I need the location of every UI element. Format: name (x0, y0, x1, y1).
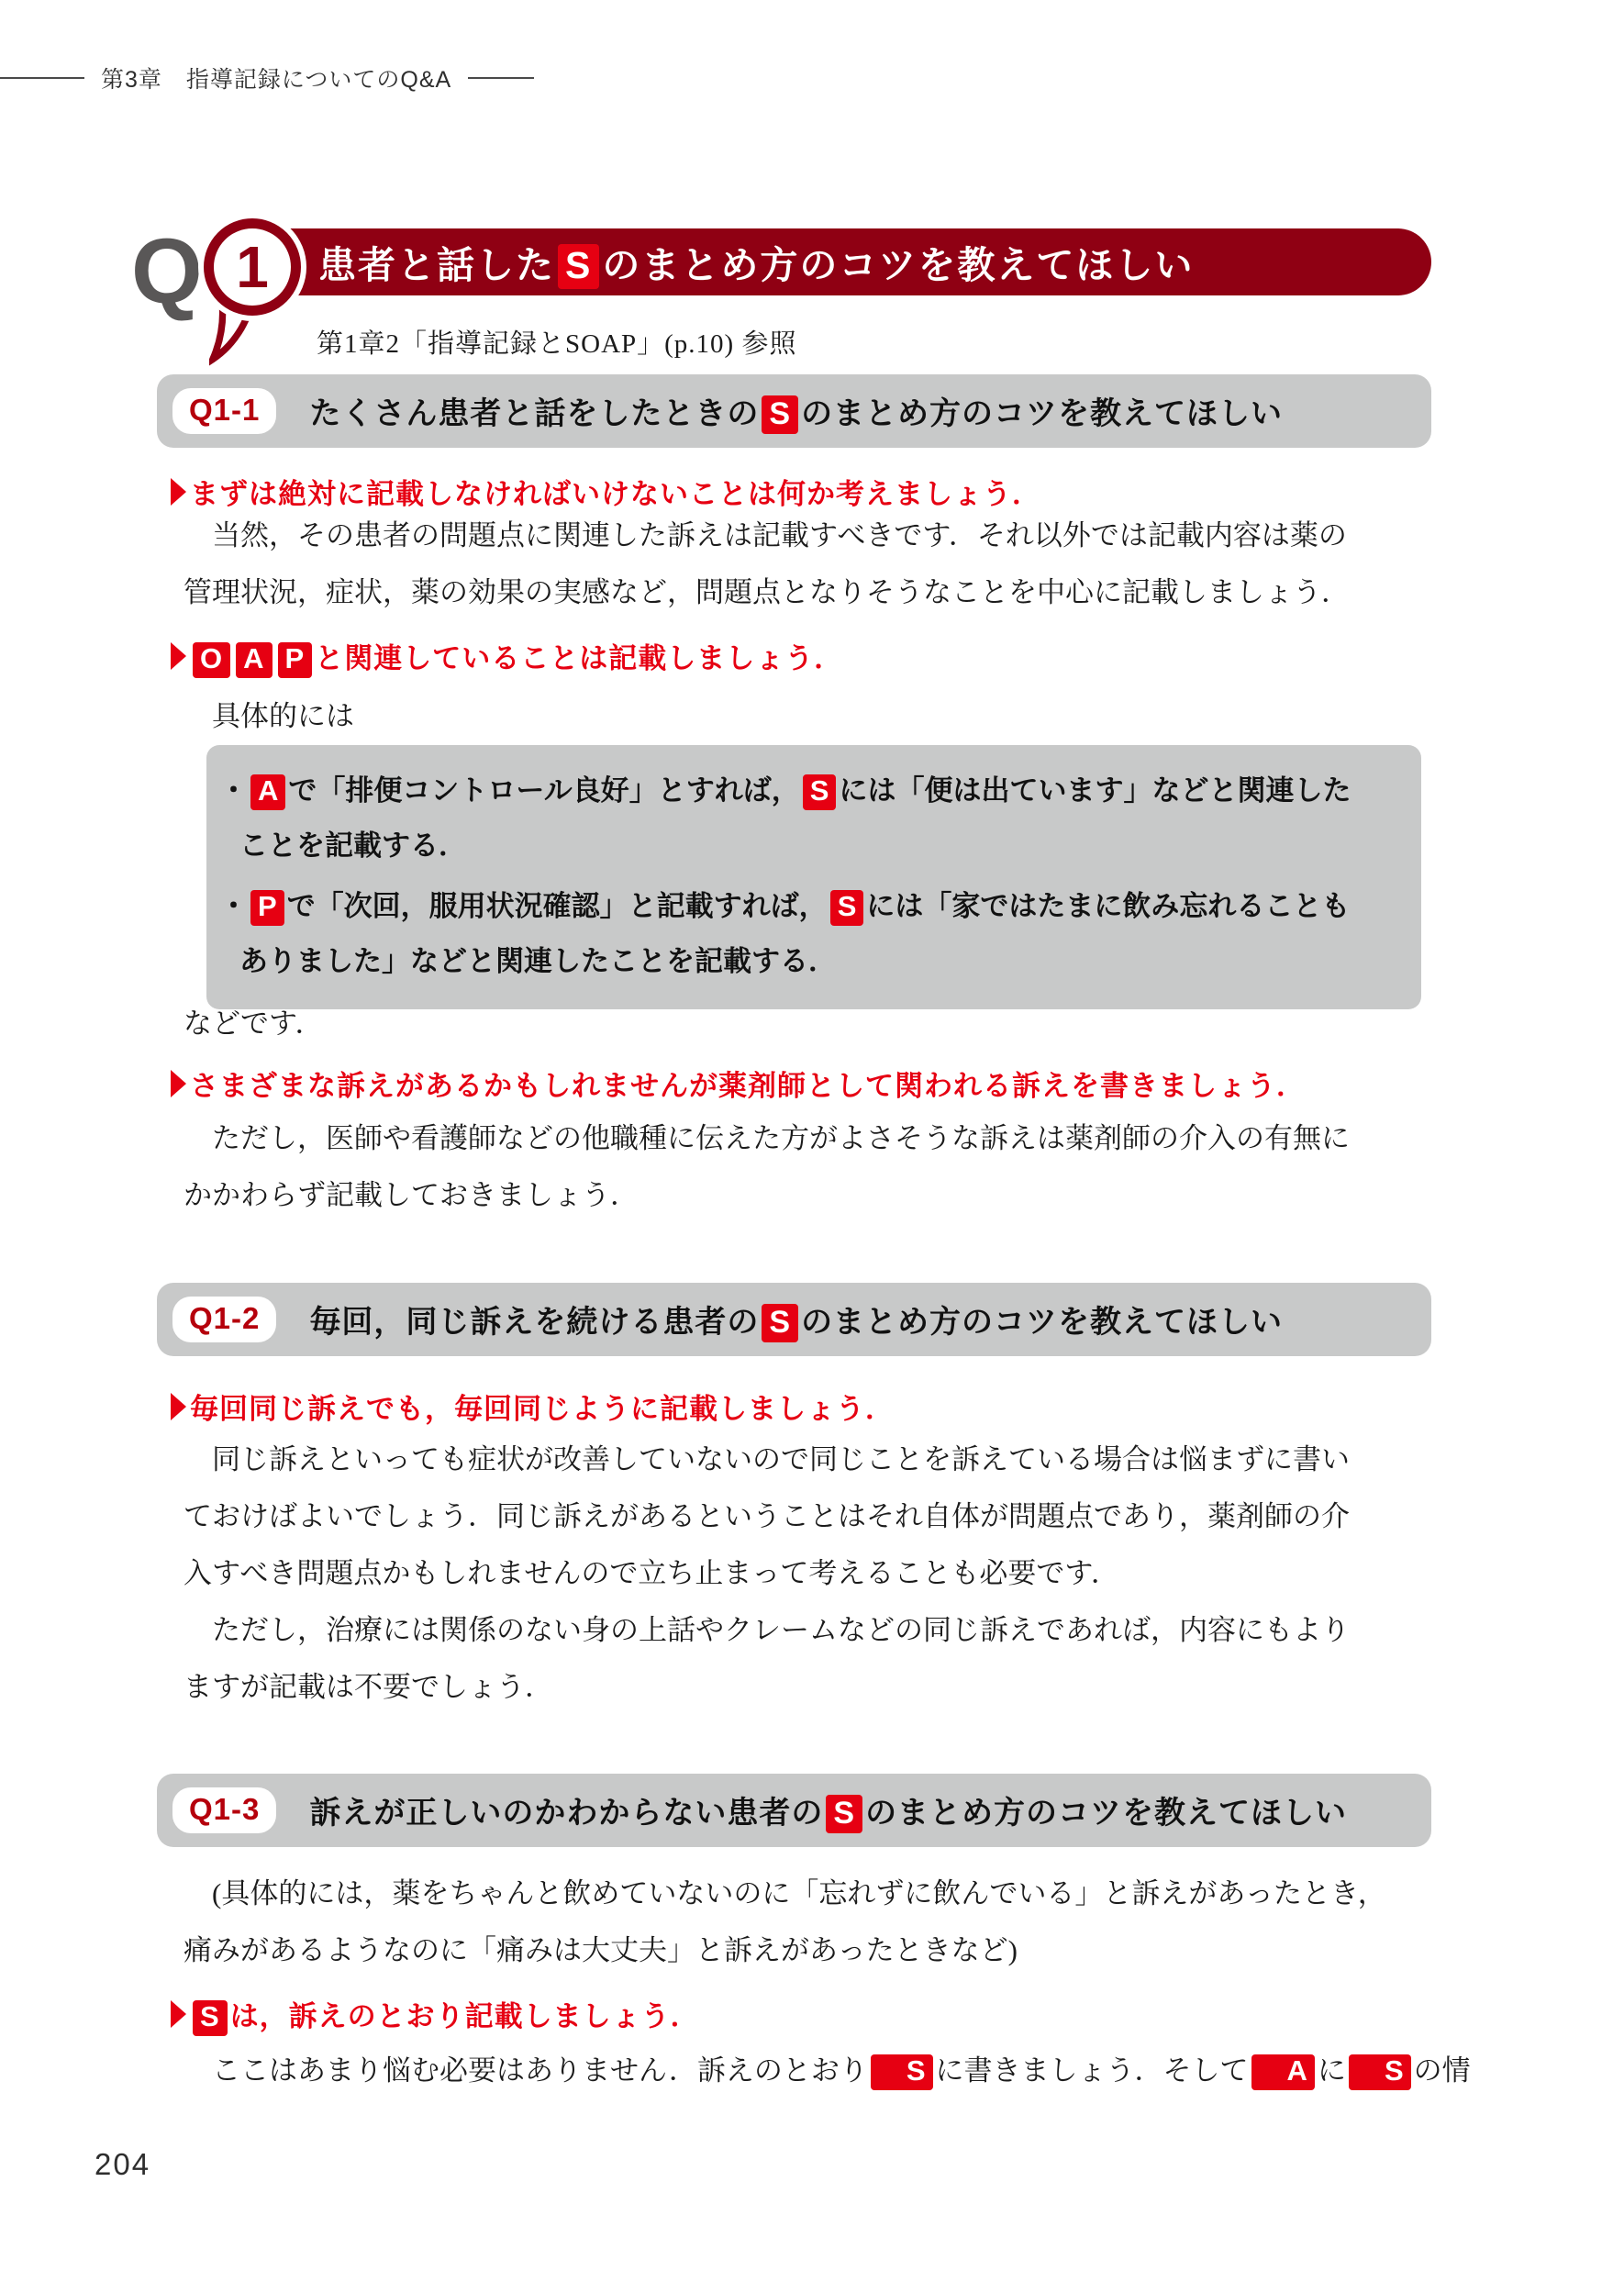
bullet-triangle-icon (171, 1070, 186, 1097)
soap-letter-box-S: S (803, 774, 837, 810)
text-segment: (具体的には，薬をちゃんと飲めていないのに「忘れずに飲んでいる」と訴えがあったと… (212, 1877, 1386, 1909)
text-segment: と関連していることは記載しましょう． (315, 642, 843, 674)
text-segment: 入すべき問題点かもしれませんので立ち止まって考えることも必要です． (184, 1557, 1119, 1589)
text-line: ここはあまり悩む必要はありません．訴えのとおりSに書きましょう．そしてAにSの情 (184, 2043, 1436, 2099)
text-segment: で「排便コントロール良好」とすれば， (288, 774, 799, 807)
text-line: (具体的には，薬をちゃんと飲めていないのに「忘れずに飲んでいる」と訴えがあったと… (184, 1865, 1436, 1922)
bullet-triangle-icon (171, 478, 186, 506)
q1-number-badge: 1 (204, 218, 301, 316)
text-segment: ・ (219, 890, 248, 922)
text-segment: たくさん患者と話をしたときの (309, 396, 759, 431)
soap-letter-box-P: P (278, 642, 313, 678)
example-box: ・Aで「排便コントロール良好」とすれば，Sには「便は出ています」などと関連したこ… (206, 745, 1421, 1009)
text-segment: ますが記載は不要でしょう． (184, 1671, 553, 1703)
paragraph: (具体的には，薬をちゃんと飲めていないのに「忘れずに飲んでいる」と訴えがあったと… (184, 1865, 1436, 1979)
text-line: ますが記載は不要でしょう． (184, 1659, 1436, 1716)
text-line: 具体的には (184, 688, 1436, 745)
q1-3-label: Q1-3 (172, 1787, 276, 1833)
text-segment: の情 (1414, 2054, 1471, 2087)
paragraph: 具体的には (184, 688, 1436, 745)
key-point-4: 毎回同じ訴えでも，毎回同じように記載しましょう． (171, 1386, 895, 1427)
q1-3-bar: Q1-3 訴えが正しいのかわからない患者のSのまとめ方のコツを教えてほしい (157, 1774, 1431, 1847)
text-line: ただし，医師や看護師などの他職種に伝えた方がよさそうな訴えは薬剤師の介入の有無に (184, 1110, 1436, 1167)
q1-1-label: Q1-1 (172, 388, 276, 434)
book-page: 第3章 指導記録についてのQ&A 患者と話したSのまとめ方のコツを教えてほしい … (0, 0, 1624, 2293)
text-segment: 具体的には (212, 700, 354, 732)
text-line: 痛みがあるようなのに「痛みは大丈夫」と訴えがあったときなど) (184, 1922, 1436, 1979)
q1-1-title: たくさん患者と話をしたときのSのまとめ方のコツを教えてほしい (309, 388, 1283, 434)
text-line: ておけばよいでしょう．同じ訴えがあるということはそれ自体が問題点であり，薬剤師の… (184, 1488, 1436, 1545)
text-segment: に (1318, 2054, 1346, 2087)
text-segment: には「家ではたまに飲み忘れることも (866, 890, 1350, 922)
text-segment: 当然，その患者の問題点に関連した訴えは記載すべきです．それ以外では記載内容は薬の (212, 519, 1347, 551)
q1-2-label: Q1-2 (172, 1297, 276, 1342)
paragraph: などです． (184, 996, 1436, 1052)
soap-letter-box-A: A (250, 774, 285, 810)
soap-letter-box-S: S (558, 244, 599, 290)
text-line: 当然，その患者の問題点に関連した訴えは記載すべきです．それ以外では記載内容は薬の (184, 507, 1436, 564)
q1-3-title: 訴えが正しいのかわからない患者のSのまとめ方のコツを教えてほしい (309, 1787, 1347, 1833)
soap-letter-box-S: S (762, 1304, 798, 1342)
text-segment: のまとめ方のコツを教えてほしい (865, 1796, 1347, 1831)
reference-note: 第1章2「指導記録とSOAP」(p.10) 参照 (317, 323, 796, 361)
bullet-triangle-icon (171, 642, 186, 670)
key-point-text: Sは，訴えのとおり記載しましょう． (190, 1993, 700, 2036)
chapter-title: 第3章 指導記録についてのQ&A (101, 61, 451, 95)
soap-letter-box-P: P (250, 890, 284, 926)
soap-letter-box-S: S (830, 890, 864, 926)
key-point-3: さまざまな訴えがあるかもしれませんが薬剤師として関われる訴えを書きましょう． (171, 1063, 1306, 1104)
paragraph: ただし，医師や看護師などの他職種に伝えた方がよさそうな訴えは薬剤師の介入の有無に… (184, 1110, 1436, 1224)
paragraph: 当然，その患者の問題点に関連した訴えは記載すべきです．それ以外では記載内容は薬の… (184, 507, 1436, 621)
soap-letter-box-S: S (193, 2000, 228, 2036)
text-segment: 痛みがあるようなのに「痛みは大丈夫」と訴えがあったときなど) (184, 1934, 1018, 1966)
text-segment: などです． (184, 1007, 324, 1040)
soap-letter-box-S: S (826, 1795, 862, 1833)
text-segment: 毎回，同じ訴えを続ける患者の (309, 1305, 759, 1340)
bullet-triangle-icon (171, 1393, 186, 1420)
text-segment: ここはあまり悩む必要はありません．訴えのとおり (212, 2054, 868, 2087)
soap-letter-box-S: S (762, 395, 798, 434)
header-rule-right (468, 77, 534, 79)
header-rule-left (0, 77, 84, 79)
text-segment: で「次回，服用状況確認」と記載すれば， (287, 890, 828, 922)
text-line: 管理状況，症状，薬の効果の実感など，問題点となりそうなことを中心に記載しましょう… (184, 564, 1436, 621)
text-segment: まずは絶対に記載しなければいけないことは何か考えましょう． (190, 478, 1041, 510)
key-point-text: さまざまな訴えがあるかもしれませんが薬剤師として関われる訴えを書きましょう． (190, 1063, 1306, 1104)
paragraph: ここはあまり悩む必要はありません．訴えのとおりSに書きましょう．そしてAにSの情 (184, 2043, 1436, 2099)
text-line: ありました」などと関連したことを記載する． (219, 934, 1403, 989)
text-segment: ておけばよいでしょう．同じ訴えがあるということはそれ自体が問題点であり，薬剤師の… (184, 1500, 1350, 1532)
text-line: 同じ訴えといっても症状が改善していないので同じことを訴えている場合は悩まずに書い (184, 1431, 1436, 1488)
soap-letter-box-A: A (1251, 2054, 1315, 2090)
soap-letter-box-A: A (236, 642, 272, 678)
text-segment: 訴えが正しいのかわからない患者の (309, 1796, 823, 1831)
text-line: などです． (184, 996, 1436, 1052)
text-segment: には「便は出ています」などと関連した (839, 774, 1351, 807)
soap-letter-box-O: O (193, 642, 230, 678)
text-line: かかわらず記載しておきましょう． (184, 1167, 1436, 1224)
key-point-text: まずは絶対に記載しなければいけないことは何か考えましょう． (190, 471, 1041, 512)
text-segment: かかわらず記載しておきましょう． (184, 1179, 639, 1211)
q1-2-title: 毎回，同じ訴えを続ける患者のSのまとめ方のコツを教えてほしい (309, 1297, 1283, 1342)
text-segment: さまざまな訴えがあるかもしれませんが薬剤師として関われる訴えを書きましょう． (190, 1070, 1306, 1102)
bullet-triangle-icon (171, 2000, 186, 2028)
chapter-header: 第3章 指導記録についてのQ&A (0, 64, 534, 92)
soap-letter-box-S: S (1349, 2054, 1411, 2090)
text-segment: に書きましょう．そして (936, 2054, 1249, 2087)
key-point-2: OAPと関連していることは記載しましょう． (171, 635, 843, 678)
key-point-text: 毎回同じ訴えでも，毎回同じように記載しましょう． (190, 1386, 895, 1427)
page-number: 204 (95, 2147, 150, 2182)
text-segment: は，訴えのとおり記載しましょう． (230, 2000, 700, 2032)
text-segment: 同じ訴えといっても症状が改善していないので同じことを訴えている場合は悩まずに書い (212, 1443, 1350, 1475)
text-segment: ただし，医師や看護師などの他職種に伝えた方がよさそうな訴えは薬剤師の介入の有無に (212, 1122, 1350, 1154)
key-point-5: Sは，訴えのとおり記載しましょう． (171, 1993, 700, 2036)
text-line: ことを記載する． (219, 818, 1403, 874)
text-segment: のまとめ方のコツを教えてほしい (602, 244, 1194, 286)
q1-2-bar: Q1-2 毎回，同じ訴えを続ける患者のSのまとめ方のコツを教えてほしい (157, 1283, 1431, 1356)
text-segment: ・ (219, 774, 248, 807)
q1-number: 1 (236, 233, 269, 301)
q1-banner-bar: 患者と話したSのまとめ方のコツを教えてほしい (282, 228, 1431, 295)
text-line: 入すべき問題点かもしれませんので立ち止まって考えることも必要です． (184, 1545, 1436, 1602)
text-segment: のまとめ方のコツを教えてほしい (801, 396, 1283, 431)
text-line: ・Pで「次回，服用状況確認」と記載すれば，Sには「家ではたまに飲み忘れることも (219, 879, 1403, 934)
q-bubble-letter: Q (131, 226, 203, 317)
text-line: ただし，治療には関係のない身の上話やクレームなどの同じ訴えであれば，内容にもより (184, 1602, 1436, 1659)
paragraph: ただし，治療には関係のない身の上話やクレームなどの同じ訴えであれば，内容にもより… (184, 1602, 1436, 1716)
key-point-1: まずは絶対に記載しなければいけないことは何か考えましょう． (171, 471, 1041, 512)
text-line: ・Aで「排便コントロール良好」とすれば，Sには「便は出ています」などと関連した (219, 763, 1403, 818)
q1-banner-title: 患者と話したSのまとめ方のコツを教えてほしい (318, 235, 1194, 290)
key-point-text: OAPと関連していることは記載しましょう． (190, 635, 843, 678)
text-segment: 管理状況，症状，薬の効果の実感など，問題点となりそうなことを中心に記載しましょう… (184, 576, 1350, 608)
text-segment: ありました」などと関連したことを記載する． (239, 945, 837, 977)
text-segment: のまとめ方のコツを教えてほしい (801, 1305, 1283, 1340)
soap-letter-box-S: S (871, 2054, 933, 2090)
paragraph: 同じ訴えといっても症状が改善していないので同じことを訴えている場合は悩まずに書い… (184, 1431, 1436, 1602)
text-segment: 毎回同じ訴えでも，毎回同じように記載しましょう． (190, 1393, 895, 1425)
text-segment: ことを記載する． (239, 829, 467, 862)
q1-1-bar: Q1-1 たくさん患者と話をしたときのSのまとめ方のコツを教えてほしい (157, 374, 1431, 448)
text-segment: 患者と話した (318, 244, 555, 286)
text-segment: ただし，治療には関係のない身の上話やクレームなどの同じ訴えであれば，内容にもより (212, 1614, 1350, 1646)
